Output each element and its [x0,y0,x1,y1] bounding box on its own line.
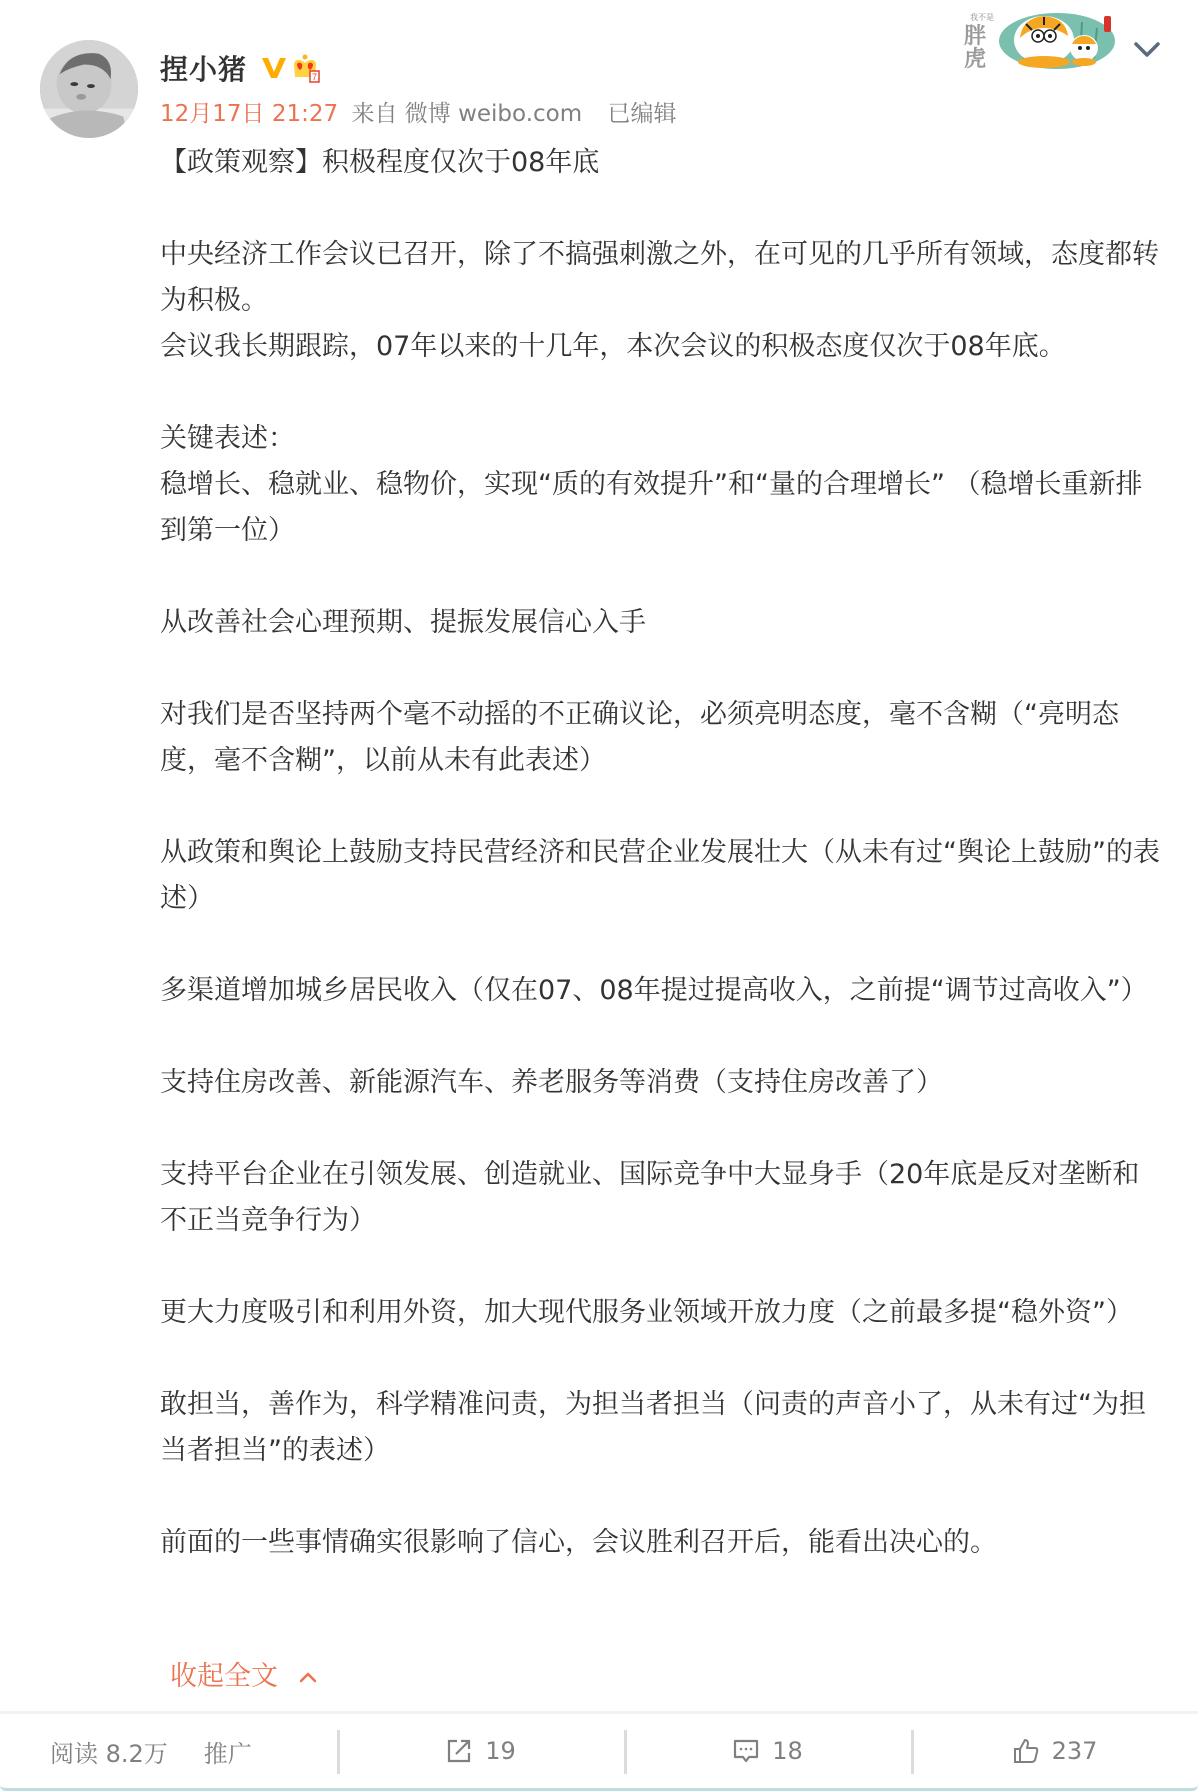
tiger-sticker-icon: 我不是 胖 虎 [962,8,1118,70]
comment-icon [732,1737,760,1765]
paragraph: 从改善社会心理预期、提振发展信心入手 [160,600,1160,646]
author-name[interactable]: 捏小猪 [160,48,247,88]
edited-label[interactable]: 已编辑 [607,101,676,127]
post-meta: 12月17日 21:27 来自 微博 weibo.com 已编辑 [160,98,676,130]
paragraph: 对我们是否坚持两个毫不动摇的不正确议论，必须亮明态度，毫不含糊（“亮明态度，毫不… [160,692,1160,784]
like-button[interactable]: 237 [911,1714,1198,1788]
svg-text:胖: 胖 [964,24,986,49]
baby-photo-icon [40,40,138,138]
post-menu-chevron-down-icon[interactable] [1130,36,1164,62]
read-count-label: 阅读 8.2万 [50,1734,168,1769]
svg-text:7: 7 [312,72,317,82]
post-source: 来自 微博 weibo.com [351,101,582,127]
author-row: 捏小猪 7 [160,48,321,88]
avatar[interactable] [40,40,138,138]
paragraph-heading: 关键表述： [160,416,1160,462]
comment-button[interactable]: 18 [624,1714,911,1788]
paragraph: 从政策和舆论上鼓励支持民营经济和民营企业发展壮大（从未有过“舆论上鼓励”的表述） [160,830,1160,922]
paragraph: 会议我长期跟踪，07年以来的十几年，本次会议的积极态度仅次于08年底。 [160,324,1160,370]
collapse-full-text-button[interactable]: 收起全文 [170,1656,318,1698]
crown-member-icon[interactable]: 7 [291,53,321,83]
chevron-up-icon [298,1670,318,1684]
like-count: 237 [1052,1737,1098,1765]
paragraph: 多渠道增加城乡居民收入（仅在07、08年提过提高收入，之前提“调节过高收入”） [160,968,1160,1014]
comment-count: 18 [772,1737,803,1765]
svg-text:我不是: 我不是 [970,12,994,22]
post-action-bar: 阅读 8.2万 推广 19 18 237 [0,1711,1198,1791]
paragraph: 支持平台企业在引领发展、创造就业、国际竞争中大显身手（20年底是反对垄断和不正当… [160,1152,1160,1244]
verified-v-icon[interactable] [261,56,287,80]
promote-button[interactable]: 推广 [204,1734,252,1769]
weibo-post-card: 捏小猪 7 12月17日 21:27 来自 微博 weibo.com 已编辑 我… [0,0,1198,1792]
read-count: 阅读 8.2万 推广 [0,1714,337,1788]
collapse-label: 收起全文 [170,1656,278,1698]
paragraph: 稳增长、稳就业、稳物价，实现“质的有效提升”和“量的合理增长” （稳增长重新排到… [160,462,1160,554]
post-timestamp[interactable]: 12月17日 21:27 [160,101,338,127]
post-title: 【政策观察】积极程度仅次于08年底 [160,140,1160,186]
paragraph: 敢担当，善作为，科学精准问责，为担当者担当（问责的声音小了，从未有过“为担当者担… [160,1382,1160,1474]
repost-button[interactable]: 19 [337,1714,624,1788]
paragraph: 中央经济工作会议已召开，除了不搞强刺激之外，在可见的几乎所有领域，态度都转为积极… [160,232,1160,324]
paragraph: 支持住房改善、新能源汽车、养老服务等消费（支持住房改善了） [160,1060,1160,1106]
share-icon [445,1737,473,1765]
paragraph: 前面的一些事情确实很影响了信心，会议胜利召开后，能看出决心的。 [160,1520,1160,1566]
thumbs-up-icon [1012,1737,1040,1765]
sticker-decoration: 我不是 胖 虎 [962,8,1118,70]
repost-count: 19 [485,1737,516,1765]
svg-text:虎: 虎 [964,46,986,70]
paragraph: 更大力度吸引和利用外资，加大现代服务业领域开放力度（之前最多提“稳外资”） [160,1290,1160,1336]
post-body: 【政策观察】积极程度仅次于08年底 中央经济工作会议已召开，除了不搞强刺激之外，… [160,140,1160,1566]
